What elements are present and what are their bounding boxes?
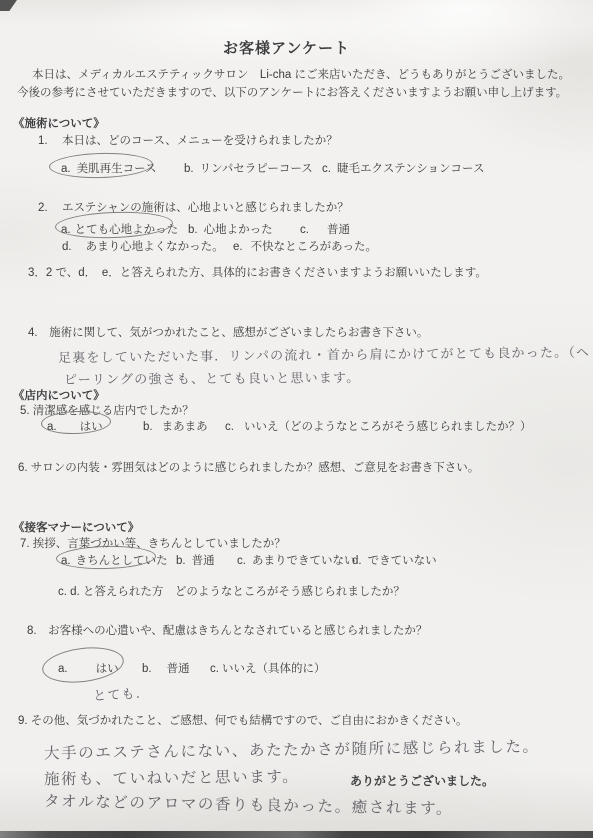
- question-2-option-c: c.普通: [300, 221, 350, 237]
- option-a-text: 美肌再生コース: [77, 163, 157, 175]
- option-a-label: a.: [61, 163, 71, 175]
- option-d-label: d.: [352, 555, 362, 567]
- option-c-label: c.: [210, 663, 219, 675]
- option-a-text: きちんとしていた: [76, 555, 168, 567]
- scan-bottom-edge: [0, 831, 593, 838]
- question-1-option-c: c.睫毛エクステンションコース: [322, 160, 484, 176]
- option-a-label: a.: [61, 224, 71, 236]
- question-5-option-b: b.まあまあ: [143, 418, 208, 434]
- handwritten-answer-q9-line2: 施術も、ていねいだと思います。: [44, 765, 299, 790]
- question-5-option-c: c.いいえ（どのようなところがそう感じられましたか？）: [225, 418, 531, 434]
- option-c-text: いいえ（具体的に）: [222, 663, 326, 675]
- question-8-option-b: b.普通: [142, 660, 190, 676]
- option-c-label: c.: [237, 555, 246, 567]
- option-b-text: まあまあ: [162, 421, 208, 433]
- option-c-label: c.: [322, 163, 331, 175]
- question-5-option-a: a.はい: [47, 418, 103, 434]
- scanned-survey-paper: お客様アンケート 本日は、メディカルエステティックサロン Li-cha にご来店…: [0, 0, 593, 838]
- handwritten-answer-q9-line1: 大手のエステさんにない、あたたかさが随所に感じられました。: [44, 735, 540, 764]
- option-a-text: はい: [96, 663, 119, 675]
- intro-line-1: 本日は、メディカルエステティックサロン Li-cha にご来店いただき、どうもあ…: [32, 66, 570, 82]
- question-1-text: 本日は、どのコース、メニューを受けられましたか？: [62, 135, 338, 147]
- question-5: 5. 清潔感を感じる店内でしたか？: [20, 402, 194, 418]
- question-7-option-a: a.きちんとしていた: [61, 552, 168, 568]
- question-8: 8. お客様への心遣いや、配慮はきちんとなされていると感じられましたか？: [27, 622, 427, 638]
- question-2-number: 2.: [38, 202, 62, 214]
- question-2-option-a: a.とても心地よかった: [61, 221, 178, 237]
- option-a-label: a.: [58, 663, 68, 675]
- option-d-text: あまり心地よくなかった。: [86, 241, 224, 253]
- question-7-option-c: c.あまりできていない: [237, 552, 355, 568]
- question-9: 9. その他、気づかれたこと、ご感想、何でも結構ですので、ご自由におかきください…: [18, 712, 468, 728]
- option-b-text: 心地よかった: [204, 224, 273, 236]
- option-b-label: b.: [142, 663, 152, 675]
- question-2: 2.エステシャンの施術は、心地よいと感じられましたか？: [38, 199, 349, 215]
- option-b-label: b.: [176, 555, 186, 567]
- option-b-label: b.: [143, 421, 153, 433]
- handwritten-answer-q4-line1: 足裏をしていただいた事．リンパの流れ・首から肩にかけてがとても良かった。（ヘッド…: [58, 341, 593, 366]
- option-c-label: c.: [300, 224, 309, 236]
- scan-corner-artifact: [0, 0, 17, 11]
- handwritten-note-q8: とても.: [93, 683, 142, 704]
- question-4: 4. 施術に関して、気がつかれたこと、感想がございましたらお書き下さい。: [28, 324, 428, 340]
- option-e-text: 不快なところがあった。: [251, 241, 377, 253]
- question-7-followup: c. d. と答えられた方 どのようなところがそう感じられましたか？: [58, 583, 405, 599]
- question-7-option-d: d.できていない: [352, 552, 437, 568]
- question-2-option-e: e.不快なところがあった。: [233, 238, 377, 254]
- question-1-option-b: b.リンパセラピーコース: [184, 160, 313, 176]
- question-2-option-b: b.心地よかった: [188, 221, 273, 237]
- question-3: 3．2 で、d． e．と答えられた方、具体的にお書きくださいますようお願いいたし…: [28, 264, 487, 280]
- section-manner-header: 《接客マナーについて》: [13, 519, 139, 535]
- section-treatment-header: 《施術について》: [13, 115, 105, 131]
- option-c-text: いいえ（どのようなところがそう感じられましたか？）: [244, 421, 532, 433]
- survey-title: お客様アンケート: [0, 37, 573, 58]
- option-a-label: a.: [47, 421, 57, 433]
- option-d-label: d.: [62, 241, 72, 253]
- option-b-text: 普通: [167, 663, 190, 675]
- option-c-text: 睫毛エクステンションコース: [337, 163, 485, 175]
- question-1: 1.本日は、どのコース、メニューを受けられましたか？: [38, 132, 338, 148]
- option-c-text: 普通: [327, 224, 350, 236]
- option-e-label: e.: [233, 241, 243, 253]
- option-a-label: a.: [61, 555, 71, 567]
- option-b-label: b.: [188, 224, 198, 236]
- option-d-text: できていない: [368, 555, 437, 567]
- option-b-text: 普通: [192, 555, 215, 567]
- question-8-option-c: c.いいえ（具体的に）: [210, 660, 325, 676]
- question-7: 7. 挨拶、言葉づかい等、きちんとしていましたか？: [20, 535, 286, 551]
- option-a-text: とても心地よかった: [75, 224, 179, 236]
- question-7-option-b: b.普通: [176, 552, 215, 568]
- option-c-label: c.: [225, 421, 234, 433]
- handwritten-answer-q9-line3: タオルなどのアロマの香りも良かった。癒されます。: [44, 789, 454, 819]
- question-1-number: 1.: [38, 135, 62, 147]
- handwritten-answer-q4-line2: ピーリングの強さも、とても良いと思います。: [64, 367, 361, 388]
- question-8-option-a: a.はい: [58, 660, 119, 676]
- option-a-text: はい: [80, 421, 103, 433]
- intro-line-2: 今後の参考にさせていただきますので、以下のアンケートにお答えくださいますようお願…: [17, 84, 567, 100]
- question-6: 6. サロンの内装・雰囲気はどのように感じられましたか？感想、ご意見をお書き下さ…: [18, 459, 479, 475]
- question-2-option-d: d.あまり心地よくなかった。: [62, 238, 224, 254]
- option-c-text: あまりできていない: [252, 555, 356, 567]
- option-b-label: b.: [184, 163, 194, 175]
- section-store-header: 《店内について》: [13, 387, 105, 403]
- question-2-text: エステシャンの施術は、心地よいと感じられましたか？: [62, 202, 349, 214]
- option-b-text: リンパセラピーコース: [200, 163, 313, 175]
- closing-thanks: ありがとうございました。: [350, 772, 494, 789]
- question-1-option-a: a.美肌再生コース: [61, 160, 157, 176]
